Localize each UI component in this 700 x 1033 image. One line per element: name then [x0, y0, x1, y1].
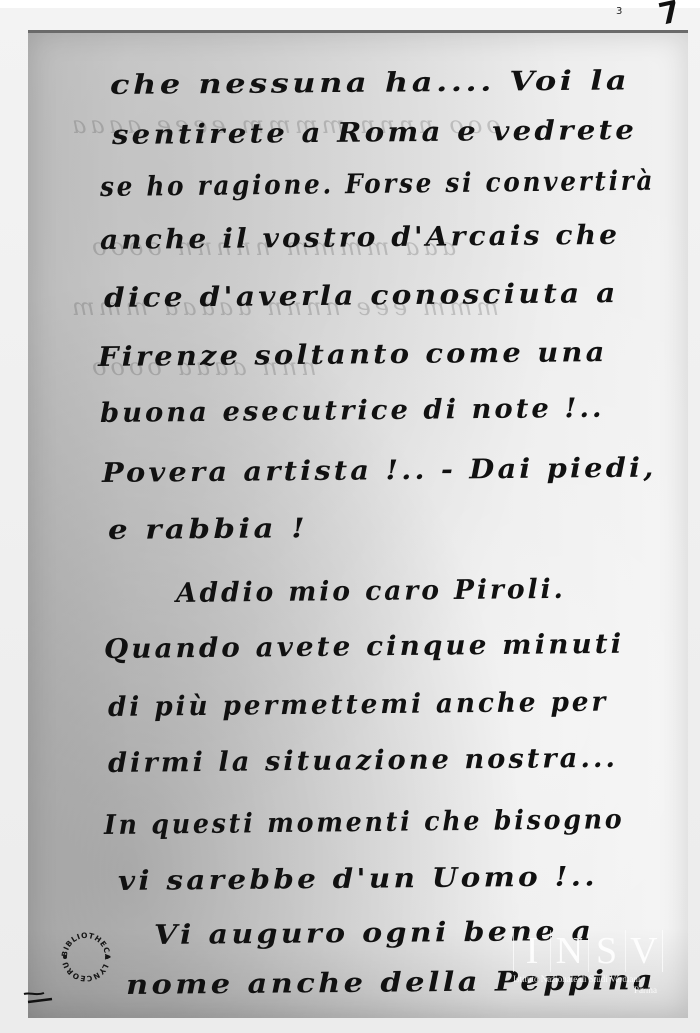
margin-pen-mark: [22, 990, 62, 1004]
letter-line: e rabbia !: [108, 513, 308, 546]
letter-line: di più permettemi anche per: [108, 687, 609, 723]
letter-line: dice d'averla conosciuta a: [104, 278, 619, 314]
corner-mark: 3: [616, 6, 622, 17]
letter-line: sentirete a Roma e vedrete: [112, 115, 637, 151]
letter-line: buona esecutrice di note !..: [100, 393, 605, 429]
letter-line: vi sarebbe d'un Uomo !..: [118, 861, 598, 897]
watermark-letter: S: [589, 930, 626, 972]
watermark-city: Parma: [513, 985, 663, 996]
watermark-logo: I N S V: [513, 930, 663, 972]
archive-watermark: I N S V Istituto Nazionale di Studi Verd…: [513, 930, 663, 998]
watermark-letter: V: [626, 930, 662, 972]
letter-line: Povera artista !.. - Dai piedi,: [102, 453, 657, 489]
letter-line: Addio mio caro Piroli.: [176, 574, 566, 609]
letter-line: Firenze soltanto come una: [98, 337, 608, 373]
letter-line: Quando avete cinque minuti: [104, 629, 625, 665]
watermark-caption: Istituto Nazionale di Studi Verdiani: [513, 974, 663, 985]
letter-line: anche il vostro d'Arcais che: [100, 220, 620, 256]
letter-line: se ho ragione. Forse si convertirà: [100, 166, 656, 203]
letter-line: dirmi la situazione nostra...: [108, 743, 618, 779]
watermark-letter: I: [514, 930, 551, 972]
letter-line: che nessuna ha.... Voi la: [110, 65, 631, 101]
watermark-letter: N: [551, 930, 588, 972]
letter-line: In questi momenti che bisogno: [104, 804, 625, 841]
library-stamp-icon: BIBLIOTHECA LYNCEORUM: [57, 928, 115, 986]
scan-top-edge: [0, 0, 700, 8]
